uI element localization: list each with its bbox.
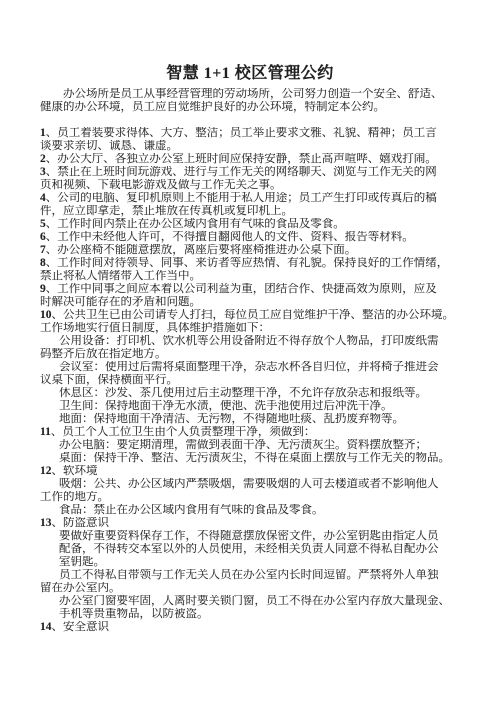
- item-number: 9: [40, 283, 46, 295]
- item-number: 6: [40, 231, 46, 243]
- text-line: 要做好重要资料保存工作，不得随意摆放保密文件，办公室钥匙由指定人员: [40, 530, 464, 543]
- text-line: 1、员工着装要求得体、大方、整洁；员工举止要求文雅、礼貌、精神；员工言: [40, 127, 464, 140]
- item-number: 4: [40, 192, 46, 204]
- text-line: 休息区：沙发、茶几使用过后主动整理干净，不允许存放杂志和报纸等。: [40, 387, 464, 400]
- text-line: 4、公司的电脑、复印机原则上不能用于私人用途；员工产生打印或传真后的稿: [40, 192, 464, 205]
- document-body: 办公场所是员工从事经营管理的劳动场所，公司努力创造一个安全、舒适、健康的办公环境…: [40, 88, 464, 634]
- text-line: 页和视频、下载电影游戏及做与工作无关之事。: [40, 179, 464, 192]
- text-line: 室钥匙。: [40, 556, 464, 569]
- text-line: 6、工作中未经他人许可，不得擅自翻阅他人的文件、资料、报告等材料。: [40, 231, 464, 244]
- text-line: 地面：保持地面干净清洁、无污物，不得随地吐痰、乱扔废弃物等。: [40, 413, 464, 426]
- item-number: 11: [40, 426, 51, 438]
- item-number: 8: [40, 257, 46, 269]
- text-line: 3、禁止在上班时间玩游戏、进行与工作无关的网络聊天、浏览与工作无关的网: [40, 166, 464, 179]
- text-line: 办公室门窗要牢固，人离时要关锁门窗，员工不得在办公室内存放大量现金、: [40, 595, 464, 608]
- item-number: 2: [40, 153, 46, 165]
- text-line: [40, 114, 464, 127]
- text-line: 会议室：使用过后需将桌面整理干净，杂志水杯各自归位，并将椅子推进会: [40, 361, 464, 374]
- text-line: 工作的地方。: [40, 491, 464, 504]
- text-line: 时解决可能存在的矛盾和问题。: [40, 296, 464, 309]
- text-line: 卫生间：保持地面干净无水渍，便池、洗手池使用过后冲洗干净。: [40, 400, 464, 413]
- text-line: 健康的办公环境，员工应自觉维护良好的办公环境，特制定本公约。: [40, 101, 464, 114]
- text-line: 工作场地实行值日制度，具体维护措施如下：: [40, 322, 464, 335]
- text-line: 14、安全意识: [40, 621, 464, 634]
- text-line: 9、工作中同事之间应本着以公司利益为重，团结合作、快捷高效为原则，应及: [40, 283, 464, 296]
- text-line: 禁止将私人情绪带入工作当中。: [40, 270, 464, 283]
- text-line: 7、办公座椅不能随意摆放，离座后要将座椅推进办公桌下面。: [40, 244, 464, 257]
- item-number: 7: [40, 244, 46, 256]
- text-line: 10、公共卫生已由公司请专人打扫，每位员工应自觉维护干净、整洁的办公环境。: [40, 309, 464, 322]
- document-title: 智慧 1+1 校区管理公约: [0, 60, 500, 83]
- text-line: 办公场所是员工从事经营管理的劳动场所，公司努力创造一个安全、舒适、: [40, 88, 464, 101]
- item-number: 12: [40, 465, 52, 477]
- text-line: 手机等贵重物品，以防被盗。: [40, 608, 464, 621]
- text-line: 谈要求亲切、诚恳、谦虚。: [40, 140, 464, 153]
- text-line: 配备，不得转交本室以外的人员使用，未经相关负责人同意不得私自配办公: [40, 543, 464, 556]
- text-line: 2、办公大厅、各独立办公室上班时间应保持安静，禁止高声喧哗、嬉戏打闹。: [40, 153, 464, 166]
- text-line: 8、工作时间对待领导、同事、来访者等应热情、有礼貌。保持良好的工作情绪，: [40, 257, 464, 270]
- text-line: 5、工作时间内禁止在办公区域内食用有气味的食品及零食。: [40, 218, 464, 231]
- item-number: 10: [40, 309, 52, 321]
- item-number: 5: [40, 218, 46, 230]
- text-line: 码整齐后放在指定地方。: [40, 348, 464, 361]
- text-line: 议桌下面，保持横面平行。: [40, 374, 464, 387]
- text-line: 留在办公室内。: [40, 582, 464, 595]
- item-number: 14: [40, 621, 52, 633]
- text-line: 桌面：保持干净、整洁、无污渍灰尘，不得在桌面上摆放与工作无关的物品。: [40, 452, 464, 465]
- item-number: 1: [40, 127, 46, 139]
- text-line: 食品：禁止在办公区域内食用有气味的食品及零食。: [40, 504, 464, 517]
- item-number: 3: [40, 166, 46, 178]
- text-line: 吸烟：公共、办公区域内严禁吸烟，需要吸烟的人可去楼道或者不影响他人: [40, 478, 464, 491]
- text-line: 11、员工个人工位卫生由个人负责整理干净，须做到：: [40, 426, 464, 439]
- text-line: 13、防盗意识: [40, 517, 464, 530]
- text-line: 员工不得私自带领与工作无关人员在办公室内长时间逗留。严禁将外人单独: [40, 569, 464, 582]
- text-line: 公用设备：打印机、饮水机等公用设备附近不得存放个人物品，打印废纸需: [40, 335, 464, 348]
- item-number: 13: [40, 517, 52, 529]
- text-line: 12、软环境: [40, 465, 464, 478]
- document-page: 智慧 1+1 校区管理公约 办公场所是员工从事经营管理的劳动场所，公司努力创造一…: [0, 0, 500, 707]
- text-line: 办公电脑：要定期清理，需做到表面干净、无污渍灰尘。资料摆放整齐；: [40, 439, 464, 452]
- text-line: 件，应立即拿走，禁止堆放在传真机或复印机上。: [40, 205, 464, 218]
